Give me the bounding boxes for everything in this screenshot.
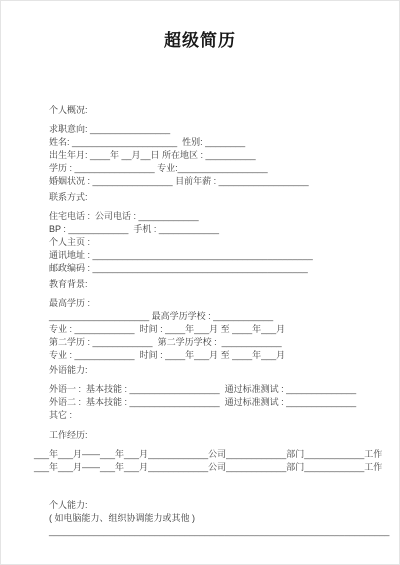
section-heading-education-background: 教育背景: bbox=[49, 278, 389, 291]
form-line-highest-degree: 最高学历 : bbox=[49, 297, 389, 310]
form-line-work-row-2: ___年___月——___年___月____________公司________… bbox=[34, 461, 389, 474]
section-heading-personal-ability: 个人能力: bbox=[49, 499, 389, 512]
form-line-major-time-2: 专业 : ____________ 时间 : ____年___月 至 ____年… bbox=[49, 349, 389, 362]
section-contact-info: 联系方式: 住宅电话 : 公司电话 : ____________ BP : __… bbox=[49, 191, 389, 275]
form-line-postal-code: 邮政编码 : _________________________________… bbox=[49, 262, 389, 275]
form-line-major-time-1: 专业 : ____________ 时间 : ____年___月 至 ____年… bbox=[49, 323, 389, 336]
resume-document-page: 超级简历 个人概况: 求职意向: ________________ 姓名: __… bbox=[0, 0, 400, 565]
document-title: 超级简历 bbox=[1, 31, 399, 51]
form-line-job-objective: 求职意向: ________________ bbox=[49, 123, 389, 136]
form-line-language-2: 外语二 : 基本技能 : __________________ 通过标准测试 :… bbox=[49, 396, 389, 409]
section-heading-contact-info: 联系方式: bbox=[49, 191, 389, 204]
form-line-work-row-1: ___年___月——___年___月____________公司________… bbox=[34, 448, 389, 461]
form-line-home-company-phone: 住宅电话 : 公司电话 : ____________ bbox=[49, 210, 389, 223]
section-heading-personal-overview: 个人概况: bbox=[49, 104, 389, 117]
form-line-ability-blank: ________________________________________… bbox=[49, 525, 389, 538]
form-line-marital-salary: 婚姻状况 : ________________ 目前年薪 : _________… bbox=[49, 175, 389, 188]
section-personal-ability: 个人能力: ( 如电脑能力、组织协调能力或其他 ) ______________… bbox=[49, 499, 389, 538]
form-line-highest-degree-school: ____________________ 最高学历学校 : __________… bbox=[49, 310, 389, 323]
section-personal-overview: 个人概况: 求职意向: ________________ 姓名: _______… bbox=[49, 104, 389, 188]
form-line-language-1: 外语一 : 基本技能 : __________________ 通过标准测试 :… bbox=[49, 383, 389, 396]
form-line-ability-note: ( 如电脑能力、组织协调能力或其他 ) bbox=[49, 512, 389, 525]
section-work-experience: 工作经历: ___年___月——___年___月____________公司__… bbox=[49, 429, 389, 474]
form-line-birthdate-region: 出生年月: ____年 __月__日 所在地区 : __________ bbox=[49, 149, 389, 162]
form-line-mailing-address: 通讯地址 : _________________________________… bbox=[49, 249, 389, 262]
section-education-background: 教育背景: 最高学历 : ____________________ 最高学历学校… bbox=[49, 278, 389, 362]
section-language-ability: 外语能力: 外语一 : 基本技能 : __________________ 通过… bbox=[49, 364, 389, 422]
form-line-homepage: 个人主页 : bbox=[49, 236, 389, 249]
form-line-education-major: 学历 : ________________ 专业:_______________… bbox=[49, 162, 389, 175]
section-heading-language-ability: 外语能力: bbox=[49, 364, 389, 377]
form-line-bp-mobile: BP : ____________ 手机 : ____________ bbox=[49, 223, 389, 236]
form-line-language-other: 其它 : bbox=[49, 409, 389, 422]
section-heading-work-experience: 工作经历: bbox=[49, 429, 389, 442]
form-line-second-degree-school: 第二学历 : ____________ 第二学历学校 : ___________… bbox=[49, 336, 389, 349]
form-line-name-gender: 姓名: _____________________ 性别: ________ bbox=[49, 136, 389, 149]
